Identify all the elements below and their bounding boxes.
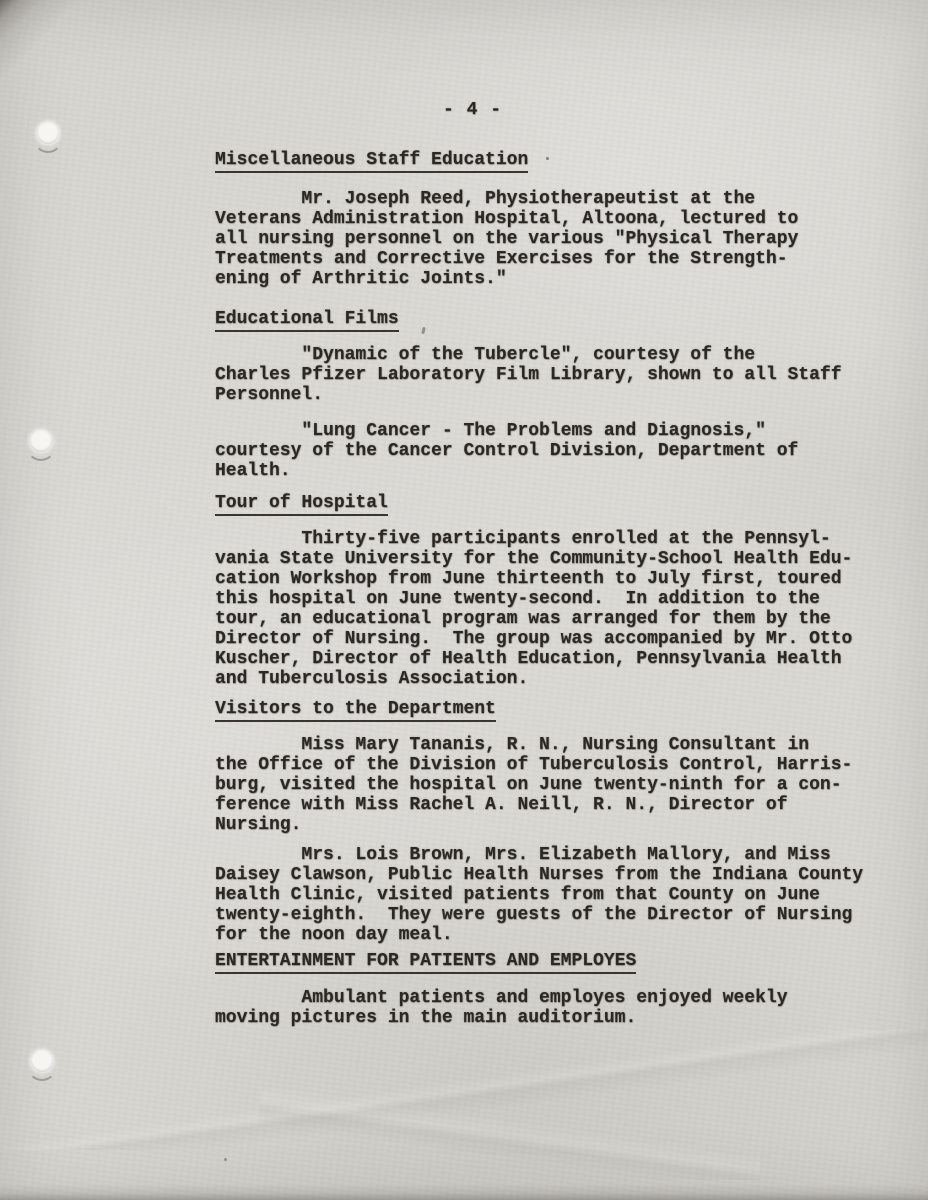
section-heading: Visitors to the Department [215,699,496,722]
paragraph-workshop-tour: Thirty-five participants enrolled at the… [215,529,895,689]
paragraph-mary-tananis-visit: Miss Mary Tananis, R. N., Nursing Consul… [215,735,895,835]
document-content: - 4 - Miscellaneous Staff Education Mr. … [215,100,895,1028]
paragraph-lung-cancer-film: "Lung Cancer - The Problems and Diagnosi… [215,421,895,481]
section-miscellaneous-staff-education: Miscellaneous Staff Education [215,150,895,173]
hole-punch [37,122,59,144]
section-heading: Educational Films [215,309,399,332]
section-tour-of-hospital: Tour of Hospital [215,493,895,516]
section-heading: Miscellaneous Staff Education [215,150,528,173]
paragraph-dynamic-of-the-tubercle: "Dynamic of the Tubercle", courtesy of t… [215,345,895,405]
section-heading: ENTERTAINMENT FOR PATIENTS AND EMPLOYES [215,951,636,974]
hole-punch [31,1050,53,1072]
paragraph-moving-pictures: Ambulant patients and employes enjoyed w… [215,988,895,1028]
paper-crease [260,1090,760,1180]
section-educational-films: Educational Films [215,309,895,332]
paragraph-joseph-reed-lecture: Mr. Joseph Reed, Physiotherapeutist at t… [215,189,895,289]
scan-speck [224,1158,227,1161]
corner-fold-shadow [0,0,120,90]
section-entertainment: ENTERTAINMENT FOR PATIENTS AND EMPLOYES [215,951,895,974]
bottom-edge-shadow [0,1184,928,1200]
page-number: - 4 - [215,100,895,120]
scanned-document-page: - 4 - Miscellaneous Staff Education Mr. … [0,0,928,1200]
paper-crease [0,1030,928,1150]
paragraph-public-health-nurses-visit: Mrs. Lois Brown, Mrs. Elizabeth Mallory,… [215,845,895,945]
section-heading: Tour of Hospital [215,493,388,516]
hole-punch [30,430,52,452]
section-visitors-to-the-department: Visitors to the Department [215,699,895,722]
